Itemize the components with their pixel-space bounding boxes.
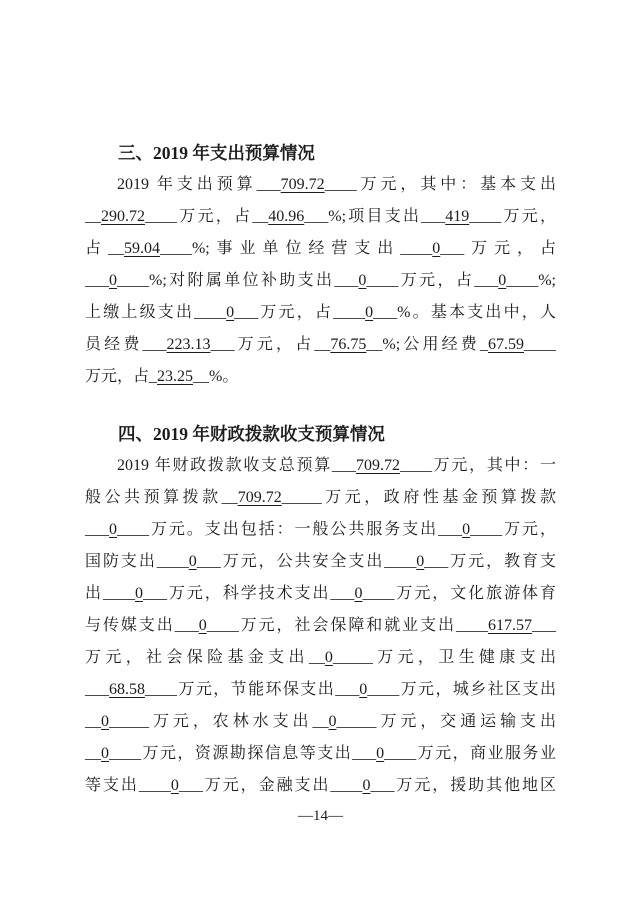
text-line: ___0____%;对附属单位补助支出___0____万元，占___0____%… <box>85 265 556 297</box>
text-line: 员经费___223.13___万元，占__76.75__%;公用经费_67.59… <box>85 329 556 361</box>
text-line: __0_____万元，农林水支出__0_____万元，交通运输支出 <box>85 706 556 738</box>
text-line: 万元，社会保险基金支出__0_____万元，卫生健康支出 <box>85 642 556 674</box>
filled-blank-value: 0 <box>416 553 424 570</box>
text-line: 与传媒支出___0____万元，社会保障和就业支出____617.57___ <box>85 610 556 642</box>
filled-blank-value: 0 <box>171 777 179 794</box>
section-fiscal-appropriation-budget: 四、2019 年财政拨款收支预算情况 2019 年财政拨款收支总预算___709… <box>85 418 556 802</box>
section-heading: 三、2019 年支出预算情况 <box>85 137 556 169</box>
section-heading: 四、2019 年财政拨款收支预算情况 <box>85 418 556 450</box>
text-line: 万元，占_23.25__%。 <box>85 361 556 393</box>
filled-blank-value: 0 <box>135 585 143 602</box>
text-line: 出____0___万元，科学技术支出___0____万元，文化旅游体育 <box>85 578 556 610</box>
filled-blank-value: 40.96 <box>268 208 304 225</box>
text-line: 2019 年支出预算___709.72____万元，其中：基本支出 <box>85 169 556 201</box>
text-line: __0____万元，资源勘探信息等支出___0____万元，商业服务业 <box>85 738 556 770</box>
text-line: 等支出____0___万元，金融支出____0___万元，援助其他地区 <box>85 770 556 802</box>
filled-blank-value: 0 <box>362 777 370 794</box>
filled-blank-value: 0 <box>432 240 440 257</box>
filled-blank-value: 0 <box>354 585 362 602</box>
filled-blank-value: 709.72 <box>356 457 400 474</box>
filled-blank-value: 0 <box>189 553 197 570</box>
text-line: __290.72____万元，占__40.96___%;项目支出___419__… <box>85 201 556 233</box>
text-line: ___68.58____万元，节能环保支出___0____万元，城乡社区支出 <box>85 674 556 706</box>
filled-blank-value: 0 <box>199 617 207 634</box>
filled-blank-value: 68.58 <box>109 681 145 698</box>
filled-blank-value: 223.13 <box>167 336 211 353</box>
filled-blank-value: 419 <box>445 208 469 225</box>
text-line: ___0____万元。支出包括：一般公共服务支出___0____万元， <box>85 514 556 546</box>
page-number: —14— <box>298 808 343 824</box>
section-body: 2019 年财政拨款收支总预算___709.72____万元，其中：一般公共预算… <box>85 450 556 802</box>
text-line: 占__59.04____%;事业单位经营支出____0___万元，占 <box>85 233 556 265</box>
filled-blank-value: 0 <box>226 304 234 321</box>
filled-blank-value: 67.59 <box>488 336 524 353</box>
filled-blank-value: 0 <box>359 681 367 698</box>
text-line: 国防支出____0___万元，公共安全支出____0___万元，教育支 <box>85 546 556 578</box>
filled-blank-value: 0 <box>376 745 384 762</box>
filled-blank-value: 23.25 <box>157 368 193 385</box>
filled-blank-value: 709.72 <box>281 176 325 193</box>
filled-blank-value: 0 <box>462 521 470 538</box>
filled-blank-value: 0 <box>101 713 109 730</box>
filled-blank-value: 0 <box>109 521 117 538</box>
filled-blank-value: 709.72 <box>238 489 282 506</box>
filled-blank-value: 0 <box>329 713 337 730</box>
document-page: 三、2019 年支出预算情况 2019 年支出预算___709.72____万元… <box>0 0 636 900</box>
filled-blank-value: 0 <box>498 272 506 289</box>
document-content: 三、2019 年支出预算情况 2019 年支出预算___709.72____万元… <box>0 0 636 827</box>
section-expenditure-budget: 三、2019 年支出预算情况 2019 年支出预算___709.72____万元… <box>85 137 556 393</box>
text-line: 上缴上级支出____0___万元，占____0___%。基本支出中，人 <box>85 297 556 329</box>
filled-blank-value: 290.72 <box>101 208 145 225</box>
filled-blank-value: 59.04 <box>124 240 160 257</box>
filled-blank-value: 76.75 <box>330 336 366 353</box>
page-footer: —14— <box>85 805 556 827</box>
text-line: 般公共预算拨款__709.72_____万元，政府性基金预算拨款 <box>85 482 556 514</box>
filled-blank-value: 0 <box>365 304 373 321</box>
filled-blank-value: 0 <box>325 649 333 666</box>
filled-blank-value: 0 <box>101 745 109 762</box>
filled-blank-value: 0 <box>109 272 117 289</box>
filled-blank-value: 617.57 <box>488 617 532 634</box>
section-body: 2019 年支出预算___709.72____万元，其中：基本支出__290.7… <box>85 169 556 393</box>
text-line: 2019 年财政拨款收支总预算___709.72____万元，其中：一 <box>85 450 556 482</box>
filled-blank-value: 0 <box>358 272 366 289</box>
